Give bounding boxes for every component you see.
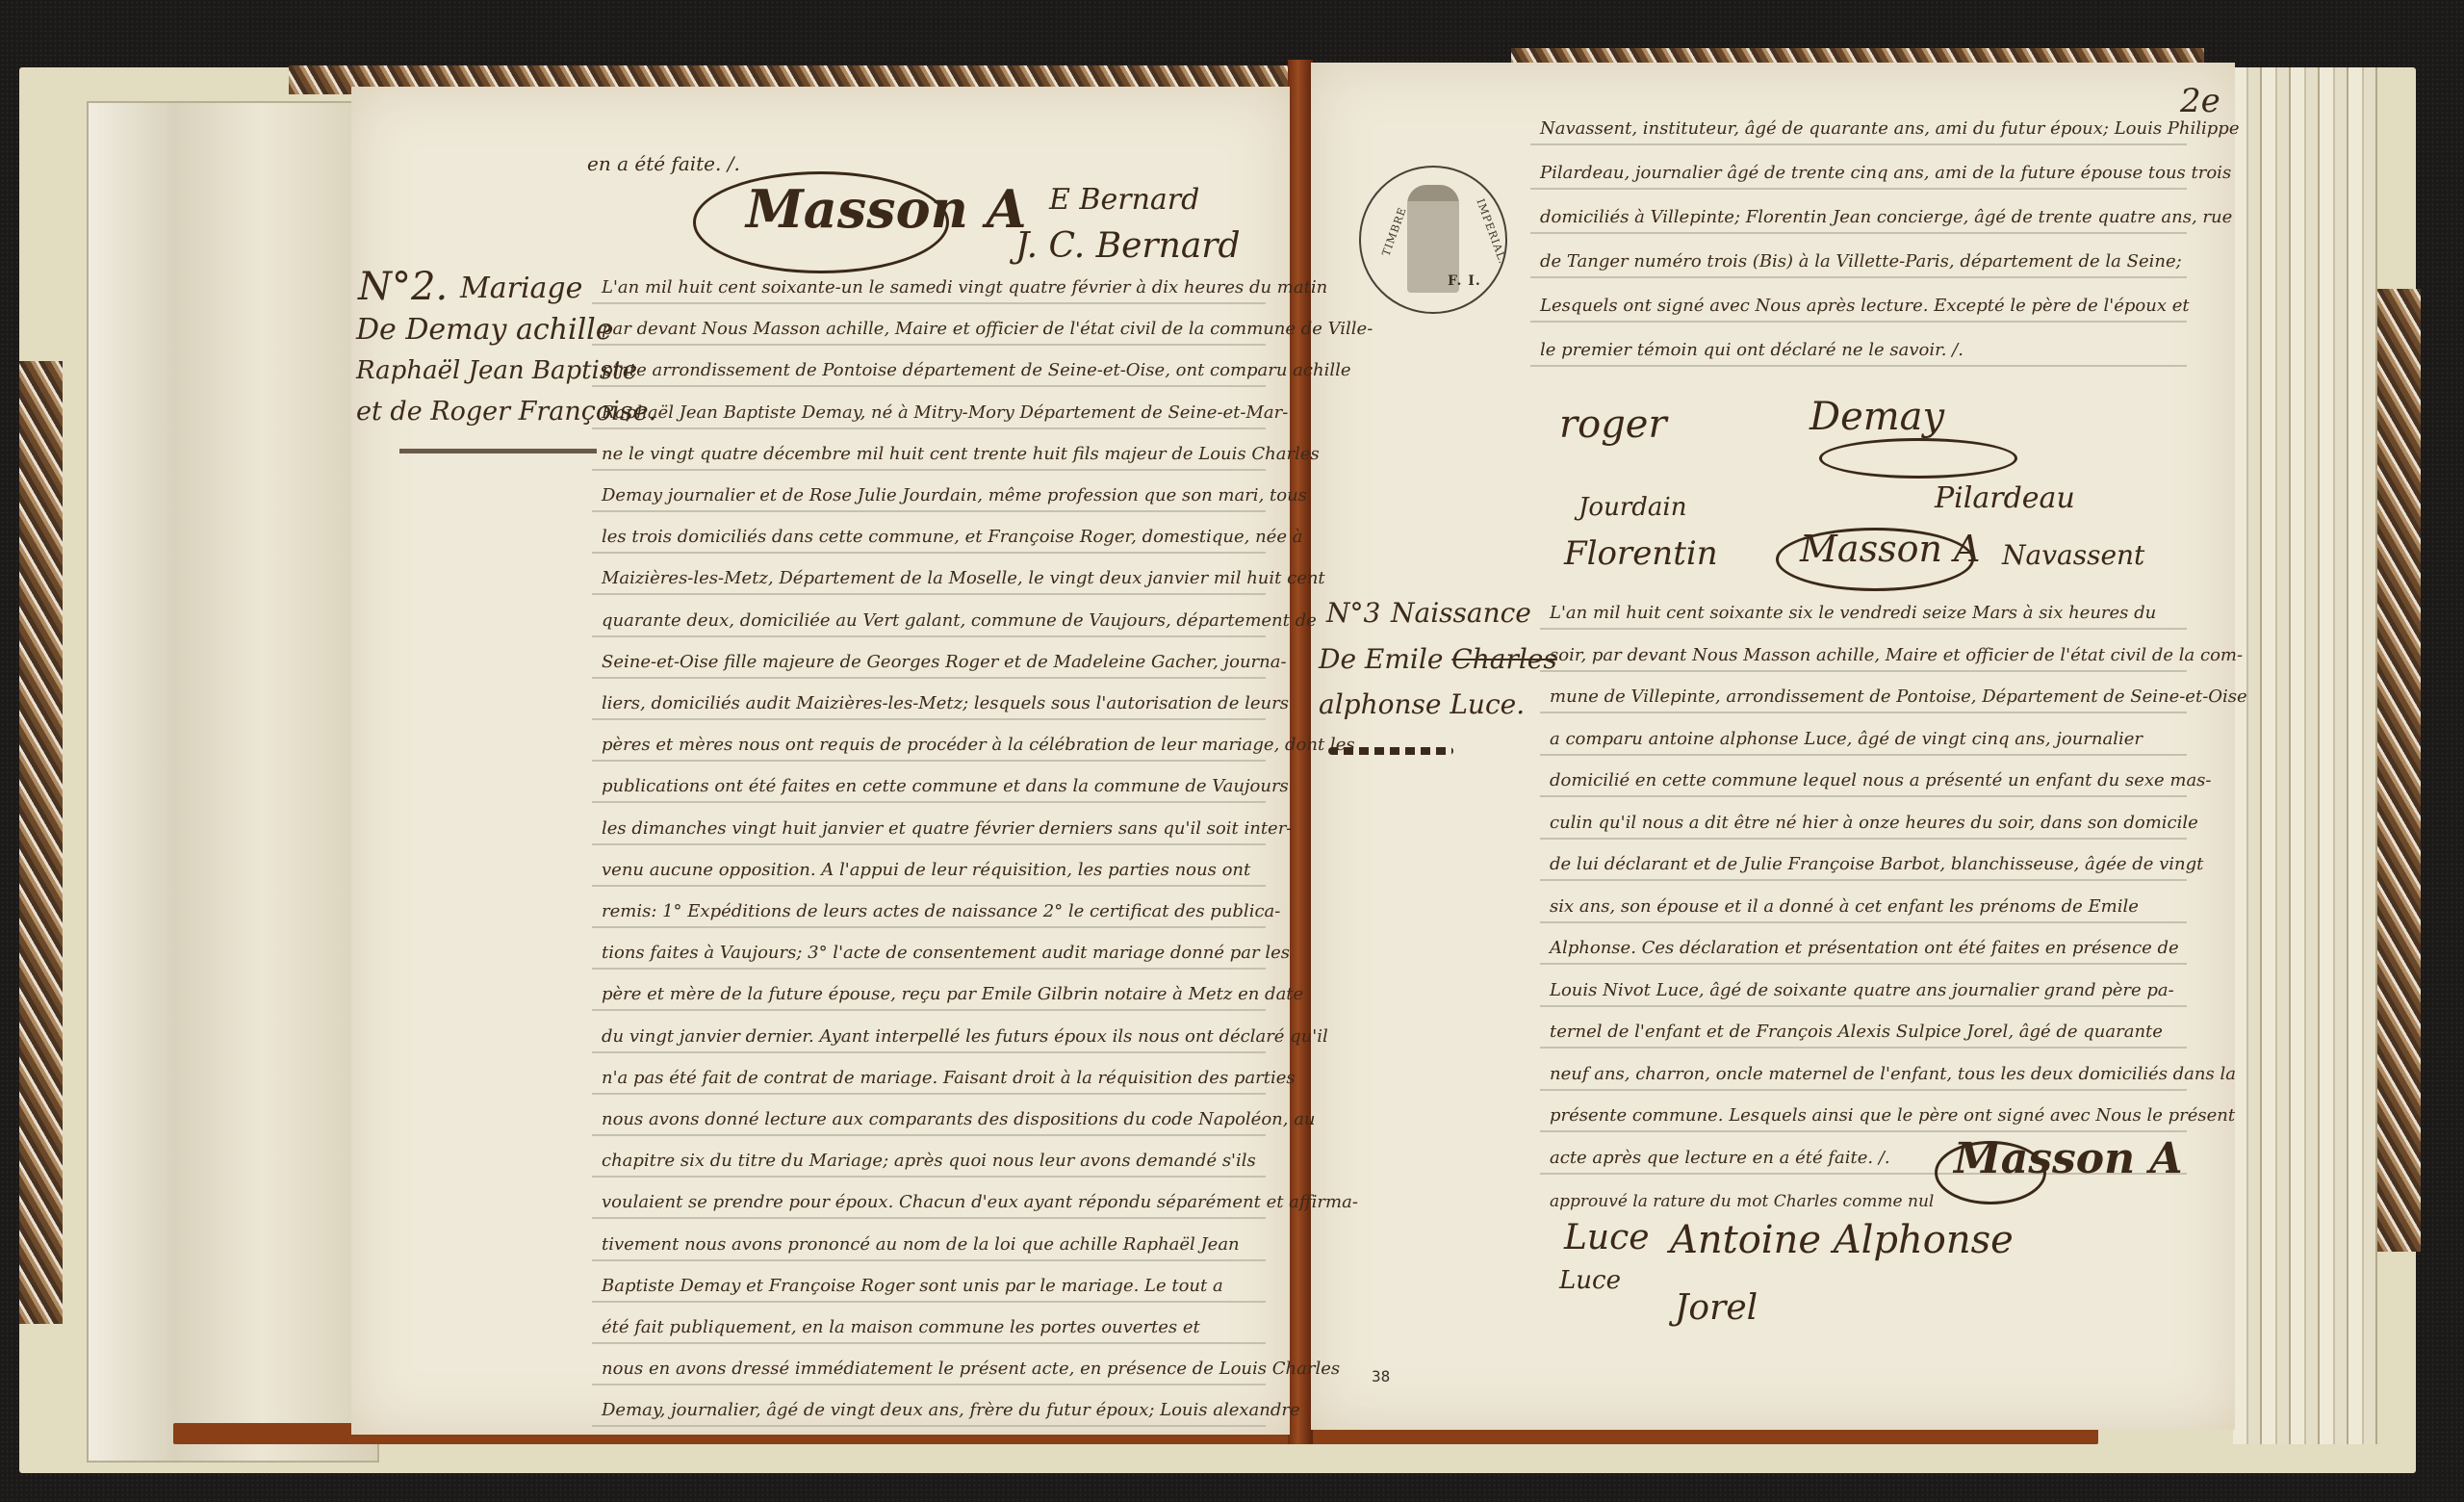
signature-demay: Demay	[1809, 395, 1944, 439]
margin-name-emile: De Emile	[1319, 643, 1451, 675]
signature-jorel: Jorel	[1675, 1288, 1758, 1328]
handwritten-line: Pilardeau, journalier âgé de trente cinq…	[1540, 165, 2231, 182]
stamp-left-text: TIMBRE	[1379, 205, 1408, 258]
handwritten-line: n'a pas été fait de contrat de mariage. …	[602, 1070, 1296, 1087]
right-page-stack	[2233, 67, 2377, 1444]
ruled-line	[1530, 232, 2187, 234]
ruled-line	[592, 1384, 1266, 1385]
left-page-stack	[87, 101, 379, 1463]
ruled-line	[1540, 1047, 2187, 1049]
handwritten-line: neuf ans, charron, oncle maternel de l'e…	[1550, 1066, 2236, 1083]
ruled-line	[1530, 365, 2187, 367]
ruled-line	[1540, 712, 2187, 713]
stamp-emblem: F. I.	[1448, 273, 1481, 289]
handwritten-line: ne le vingt quatre décembre mil huit cen…	[602, 446, 1320, 463]
ruled-line	[1530, 188, 2187, 190]
ruled-line	[592, 1259, 1266, 1261]
handwritten-line: Louis Nivot Luce, âgé de soixante quatre…	[1550, 982, 2174, 999]
handwritten-line: voulaient se prendre pour époux. Chacun …	[602, 1194, 1358, 1211]
handwritten-line: soir, par devant Nous Masson achille, Ma…	[1550, 647, 2243, 664]
ruled-line	[1540, 963, 2187, 965]
signature-masson-3: Masson A	[1954, 1134, 2183, 1183]
handwritten-line: Alphonse. Ces déclaration et présentatio…	[1550, 940, 2179, 957]
ruled-line	[1530, 321, 2187, 323]
ruled-line	[592, 385, 1266, 387]
ruled-line	[592, 510, 1266, 512]
signature-e-bernard: E Bernard	[1049, 183, 1199, 217]
handwritten-line: domiciliés à Villepinte; Florentin Jean …	[1540, 209, 2232, 226]
left-entry-number: N°2.	[358, 265, 448, 309]
erasure-approval-note: approuvé la rature du mot Charles comme …	[1550, 1194, 1934, 1210]
handwritten-line: pinte arrondissement de Pontoise départe…	[602, 362, 1351, 379]
ruled-line	[592, 1134, 1266, 1136]
ruled-line	[592, 885, 1266, 887]
imperial-stamp: TIMBRE IMPERIAL. F. I.	[1359, 166, 1507, 314]
ruled-line	[592, 302, 1266, 304]
left-margin-title-2: De Demay achille	[356, 313, 613, 347]
handwritten-line: publications ont été faites en cette com…	[602, 778, 1289, 795]
ruled-line	[592, 1301, 1266, 1303]
handwritten-line: liers, domiciliés audit Maizières-les-Me…	[602, 695, 1289, 712]
handwritten-line: chapitre six du titre du Mariage; après …	[602, 1152, 1256, 1170]
handwritten-line: a comparu antoine alphonse Luce, âgé de …	[1550, 731, 2143, 748]
ruled-line	[1540, 921, 2187, 923]
handwritten-line: Lesquels ont signé avec Nous après lectu…	[1540, 298, 2190, 315]
ruled-line	[592, 1176, 1266, 1178]
ruled-line	[592, 1093, 1266, 1095]
handwritten-line: ternel de l'enfant et de François Alexis…	[1550, 1023, 2163, 1041]
handwritten-line: Seine-et-Oise fille majeure de Georges R…	[602, 654, 1287, 671]
ruled-line	[592, 344, 1266, 346]
ruled-line	[592, 1051, 1266, 1053]
ruled-line	[1540, 879, 2187, 881]
ruled-line	[592, 593, 1266, 595]
ruled-line	[592, 718, 1266, 720]
ruled-line	[1540, 754, 2187, 756]
signature-masson: Masson A	[746, 178, 1027, 240]
right-margin-title-1: Naissance	[1391, 597, 1531, 629]
ruled-line	[592, 843, 1266, 845]
signature-luce-2: Luce	[1559, 1266, 1621, 1295]
signature-jourdain: Jourdain	[1578, 493, 1686, 522]
page-number: 38	[1372, 1367, 1390, 1385]
handwritten-line: mune de Villepinte, arrondissement de Po…	[1550, 688, 2247, 706]
ruled-line	[592, 760, 1266, 762]
margin-wavy-separator	[1328, 747, 1453, 755]
ruled-line	[1540, 838, 2187, 840]
handwritten-line: acte après que lecture en a été faite. /…	[1550, 1150, 1890, 1167]
handwritten-line: nous en avons dressé immédiatement le pr…	[602, 1360, 1340, 1378]
ruled-line	[592, 427, 1266, 429]
ruled-line	[1540, 1089, 2187, 1091]
handwritten-line: père et mère de la future épouse, reçu p…	[602, 986, 1303, 1003]
signature-pilardeau: Pilardeau	[1935, 481, 2075, 515]
marbled-board-left	[19, 361, 63, 1324]
handwritten-line: domicilié en cette commune lequel nous a…	[1550, 772, 2212, 790]
ruled-line	[592, 552, 1266, 554]
ruled-line	[592, 801, 1266, 803]
ruled-line	[1540, 795, 2187, 797]
ruled-line	[592, 677, 1266, 679]
handwritten-line: tions faites à Vaujours; 3° l'acte de co…	[602, 945, 1290, 962]
handwritten-line: L'an mil huit cent soixante six le vendr…	[1550, 605, 2156, 622]
margin-separator	[399, 449, 597, 453]
ruled-line	[592, 1425, 1266, 1427]
handwritten-line: été fait publiquement, en la maison comm…	[602, 1319, 1200, 1336]
ruled-line	[1540, 1130, 2187, 1132]
handwritten-line: du vingt janvier dernier. Ayant interpel…	[602, 1028, 1328, 1046]
handwritten-line: venu aucune opposition. A l'appui de leu…	[602, 862, 1250, 879]
ruled-line	[592, 968, 1266, 970]
ruled-line	[592, 926, 1266, 928]
handwritten-line: pères et mères nous ont requis de procéd…	[602, 737, 1355, 754]
right-margin-title-3: alphonse Luce.	[1319, 688, 1525, 720]
ruled-line	[592, 469, 1266, 471]
signature-navassent: Navassent	[2002, 539, 2144, 571]
demay-flourish	[1819, 438, 2017, 479]
ruled-line	[592, 1217, 1266, 1219]
signature-masson-2: Masson A	[1800, 528, 1980, 570]
handwritten-line: Baptiste Demay et Françoise Roger sont u…	[602, 1278, 1223, 1295]
right-margin-title-2: De Emile Charles	[1319, 643, 1557, 675]
signature-roger: roger	[1559, 402, 1667, 447]
handwritten-line: le premier témoin qui ont déclaré ne le …	[1540, 342, 1963, 359]
left-margin-title-3: Raphaël Jean Baptiste	[356, 356, 637, 385]
handwritten-line: tivement nous avons prononcé au nom de l…	[602, 1236, 1240, 1254]
signature-antoine-alphonse: Antoine Alphonse	[1670, 1218, 2014, 1262]
handwritten-line: remis: 1° Expéditions de leurs actes de …	[602, 903, 1280, 920]
ruled-line	[592, 635, 1266, 637]
handwritten-line: Demay journalier et de Rose Julie Jourda…	[602, 487, 1307, 505]
handwritten-line: Raphaël Jean Baptiste Demay, né à Mitry-…	[602, 404, 1288, 422]
handwritten-line: les dimanches vingt huit janvier et quat…	[602, 820, 1292, 838]
marbled-board-right	[2377, 289, 2421, 1252]
handwritten-line: Maizières-les-Metz, Département de la Mo…	[602, 570, 1325, 587]
handwritten-line: par devant Nous Masson achille, Maire et…	[602, 321, 1373, 338]
handwritten-line: Demay, journalier, âgé de vingt deux ans…	[602, 1402, 1300, 1419]
handwritten-line: de lui déclarant et de Julie Françoise B…	[1550, 856, 2203, 873]
ruled-line	[1540, 1005, 2187, 1007]
handwritten-line: culin qu'il nous a dit être né hier à on…	[1550, 815, 2198, 832]
ruled-line	[592, 1342, 1266, 1344]
ruled-line	[1540, 670, 2187, 672]
right-entry-number: N°3	[1326, 597, 1380, 629]
ruled-line	[1540, 628, 2187, 630]
handwritten-line: L'an mil huit cent soixante-un le samedi…	[602, 279, 1327, 297]
handwritten-line: nous avons donné lecture aux comparants …	[602, 1111, 1316, 1128]
handwritten-line: présente commune. Lesquels ainsi que le …	[1550, 1107, 2235, 1125]
handwritten-line: les trois domiciliés dans cette commune,…	[602, 529, 1302, 546]
ruled-line	[592, 1009, 1266, 1011]
handwritten-line: de Tanger numéro trois (Bis) à la Villet…	[1540, 253, 2182, 271]
folio-note: 2e	[2180, 85, 2220, 117]
ruled-line	[1530, 143, 2187, 145]
signature-florentin: Florentin	[1564, 534, 1718, 573]
signature-luce: Luce	[1564, 1218, 1650, 1257]
handwritten-line: quarante deux, domiciliée au Vert galant…	[602, 612, 1317, 630]
handwritten-line: Navassent, instituteur, âgé de quarante …	[1540, 120, 2239, 138]
left-closing-line: en a été faite. /.	[587, 154, 740, 173]
signature-jc-bernard: J. C. Bernard	[1015, 226, 1241, 266]
ruled-line	[1530, 276, 2187, 278]
handwritten-line: six ans, son épouse et il a donné à cet …	[1550, 898, 2139, 916]
left-margin-title-1: Mariage	[460, 272, 582, 305]
